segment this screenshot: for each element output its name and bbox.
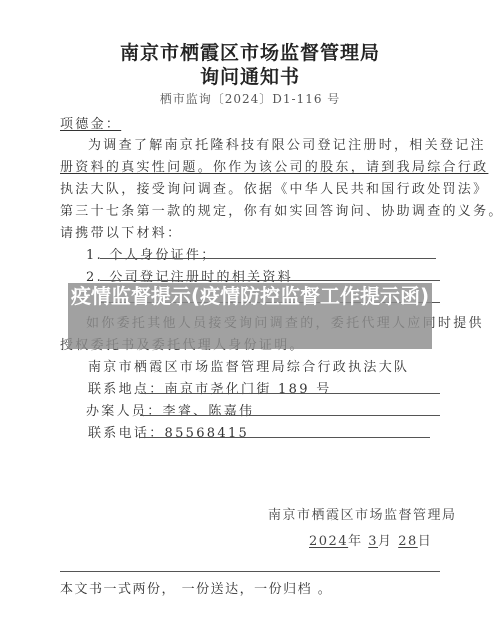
addressee: 项德金： bbox=[60, 113, 121, 132]
paragraph-1-line-3: 执法大队，接受询问调查。依据《中华人民共和国行政处罚法》 bbox=[60, 178, 488, 197]
materials-label: 请携带以下材料： bbox=[60, 222, 182, 241]
paragraph-1-line-4: 第三十七条第一款的规定，你有如实回答询问、协助调查的义务。 bbox=[60, 200, 500, 219]
footer-note: 本文书一式两份， 一份送达，一份归档 。 bbox=[60, 578, 332, 597]
contact-address: 联系地点：南京市尧化门街 189 号 bbox=[88, 378, 332, 397]
caption-overlay-text: 疫情监督提示(疫情防控监督工作提示函) bbox=[68, 283, 432, 309]
footer-divider bbox=[60, 571, 440, 572]
address-underline bbox=[140, 393, 440, 394]
enforcement-unit: 南京市栖霞区市场监督管理局综合行政执法大队 bbox=[88, 356, 409, 375]
document-type-title: 询问通知书 bbox=[0, 62, 500, 89]
signature-date: 2024年 3月 28日 bbox=[309, 530, 432, 549]
material-1-underline bbox=[100, 258, 436, 259]
contact-phone: 联系电话：85568415 bbox=[88, 422, 249, 441]
phone-underline bbox=[140, 437, 430, 438]
officers-underline bbox=[140, 415, 440, 416]
paragraph-1-line-2: 册资料的真实性问题。你作为该公司的股东，请到我局综合行政 bbox=[60, 156, 488, 175]
signature-agency: 南京市栖霞区市场监督管理局 bbox=[268, 504, 457, 523]
agency-title: 南京市栖霞区市场监督管理局 bbox=[0, 38, 500, 65]
material-2-underline bbox=[100, 280, 440, 281]
document-number: 栖市监询〔2024〕D1-116 号 bbox=[0, 90, 500, 107]
material-item-1: 1. 个人身份证件； bbox=[86, 244, 217, 263]
case-officers: 办案人员：李睿、陈嘉伟 bbox=[86, 400, 254, 419]
paragraph-1-line-1: 为调查了解南京托隆科技有限公司登记注册时，相关登记注 bbox=[88, 134, 486, 153]
